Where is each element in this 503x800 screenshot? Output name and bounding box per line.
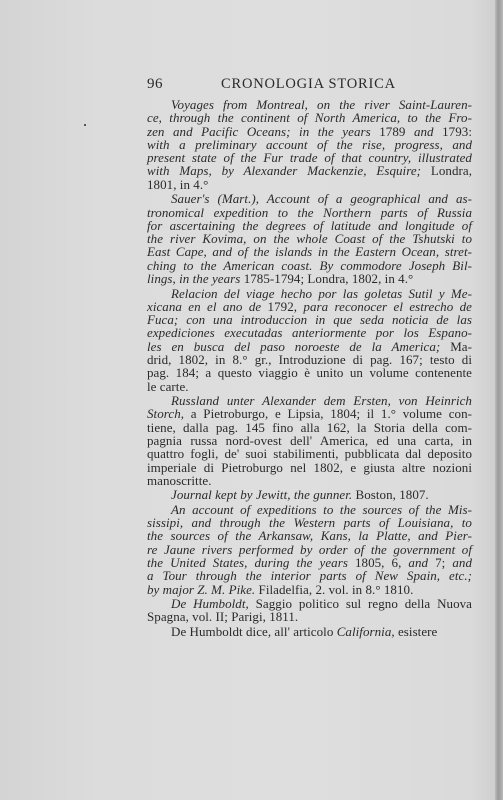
text-line: Russland unter Alexander dem Ersten, von… xyxy=(147,394,472,407)
text-line: drid, 1802, in 8.° gr., Introduzione di … xyxy=(147,353,472,366)
text-line: for ascertaining the degrees of latitude… xyxy=(147,219,472,232)
text-line: De Humboldt, Saggio politico sul regno d… xyxy=(147,597,472,610)
text-line: De Humboldt dice, all' articolo Californ… xyxy=(147,625,472,638)
text-line: tiene, dalla pag. 145 fino alla 162, la … xyxy=(147,421,472,434)
text-line: re Jaune rivers performed by order of th… xyxy=(147,543,472,556)
page-edge-shadow xyxy=(495,0,503,800)
bibliography-entry: Voyages from Montreal, on the river Sain… xyxy=(147,98,472,191)
roman-text: le carte. xyxy=(147,379,189,394)
bibliography-entry: An account of expeditions to the sources… xyxy=(147,503,472,596)
text-line: quattro fogli, de' suoi stabilimenti, pu… xyxy=(147,447,472,460)
text-line: xicana en el ano de 1792, para reconocer… xyxy=(147,300,472,313)
text-line: lings, in the years 1785-1794; Londra, 1… xyxy=(147,272,472,285)
text-line: ce, through the continent of North Ameri… xyxy=(147,111,472,124)
roman-text: Spagna, vol. II; Parigi, 1811. xyxy=(147,609,298,624)
text-line: with Maps, by Alexander Mackenzie, Esqui… xyxy=(147,164,472,177)
text-line: les en busca del paso noroeste de la Ame… xyxy=(147,340,472,353)
text-line: tronomical expedition to the Northern pa… xyxy=(147,206,472,219)
italic-text: lings, in the years xyxy=(147,271,244,286)
text-line: manoscritte. xyxy=(147,474,472,487)
text-line: sissipi, and through the Western parts o… xyxy=(147,516,472,529)
bibliography-entry: Relacion del viage hecho por las goletas… xyxy=(147,287,472,393)
body-text: Voyages from Montreal, on the river Sain… xyxy=(147,98,472,639)
text-line: expediciones executadas anteriormente po… xyxy=(147,326,472,339)
text-line: Voyages from Montreal, on the river Sain… xyxy=(147,98,472,111)
text-line: Storch, a Pietroburgo, e Lipsia, 1804; i… xyxy=(147,407,472,420)
bibliography-entry: De Humboldt dice, all' articolo Californ… xyxy=(147,625,472,638)
text-line: zen and Pacific Oceans; in the years 178… xyxy=(147,125,472,138)
italic-text: California, xyxy=(337,624,395,639)
roman-text: esistere xyxy=(395,624,438,639)
text-line: present state of the Fur trade of that c… xyxy=(147,151,472,164)
text-line: Spagna, vol. II; Parigi, 1811. xyxy=(147,610,472,623)
text-line: a Tour through the interior parts of New… xyxy=(147,569,472,582)
roman-text: manoscritte. xyxy=(147,473,212,488)
text-line: the sources of the Arkansaw, Kans, la Pl… xyxy=(147,529,472,542)
roman-text: Boston, 1807. xyxy=(352,487,429,502)
bibliography-entry: Journal kept by Jewitt, the gunner. Bost… xyxy=(147,488,472,501)
paper-speck xyxy=(84,124,86,126)
text-line: An account of expeditions to the sources… xyxy=(147,503,472,516)
text-line: with a preliminary account of the rise, … xyxy=(147,138,472,151)
roman-text: 1785-1794; Londra, 1802, in 4.° xyxy=(244,271,414,286)
text-line: by major Z. M. Pike. Filadelfia, 2. vol.… xyxy=(147,583,472,596)
text-line: 1801, in 4.° xyxy=(147,178,472,191)
roman-text: De Humboldt dice, all' articolo xyxy=(171,624,337,639)
text-line: pagnia russa nord-ovest dell' America, e… xyxy=(147,434,472,447)
text-line: Relacion del viage hecho por las goletas… xyxy=(147,287,472,300)
text-line: le carte. xyxy=(147,380,472,393)
text-line: the river Kovima, on the whole Coast of … xyxy=(147,232,472,245)
text-line: Sauer's (Mart.), Account of a geographic… xyxy=(147,192,472,205)
bibliography-entry: Russland unter Alexander dem Ersten, von… xyxy=(147,394,472,487)
roman-text: 1801, in 4.° xyxy=(147,177,208,192)
scanned-book-page: 96 CRONOLOGIA STORICA Voyages from Montr… xyxy=(0,0,495,800)
text-line: East Cape, and of the islands in the Eas… xyxy=(147,245,472,258)
text-line: ching to the American coast. By commodor… xyxy=(147,259,472,272)
text-line: the United States, during the years 1805… xyxy=(147,556,472,569)
roman-text: pag. 184; a questo viaggio è unito un vo… xyxy=(147,365,472,380)
italic-text: by major Z. M. Pike. xyxy=(147,582,255,597)
bibliography-entry: Sauer's (Mart.), Account of a geographic… xyxy=(147,192,472,285)
bibliography-entry: De Humboldt, Saggio politico sul regno d… xyxy=(147,597,472,624)
page-number: 96 xyxy=(147,76,163,93)
roman-text: Filadelfia, 2. vol. in 8.° 1810. xyxy=(255,582,413,597)
roman-text: Londra, xyxy=(421,163,472,178)
running-title: CRONOLOGIA STORICA xyxy=(221,76,396,93)
text-line: Journal kept by Jewitt, the gunner. Bost… xyxy=(147,488,472,501)
text-line: Fuca; con una introduccion in que seda n… xyxy=(147,313,472,326)
text-line: imperiale di Pietroburgo nel 1802, e giu… xyxy=(147,461,472,474)
page-header: 96 CRONOLOGIA STORICA xyxy=(147,76,469,96)
italic-text: Journal kept by Jewitt, the gunner. xyxy=(171,487,352,502)
text-line: pag. 184; a questo viaggio è unito un vo… xyxy=(147,366,472,379)
